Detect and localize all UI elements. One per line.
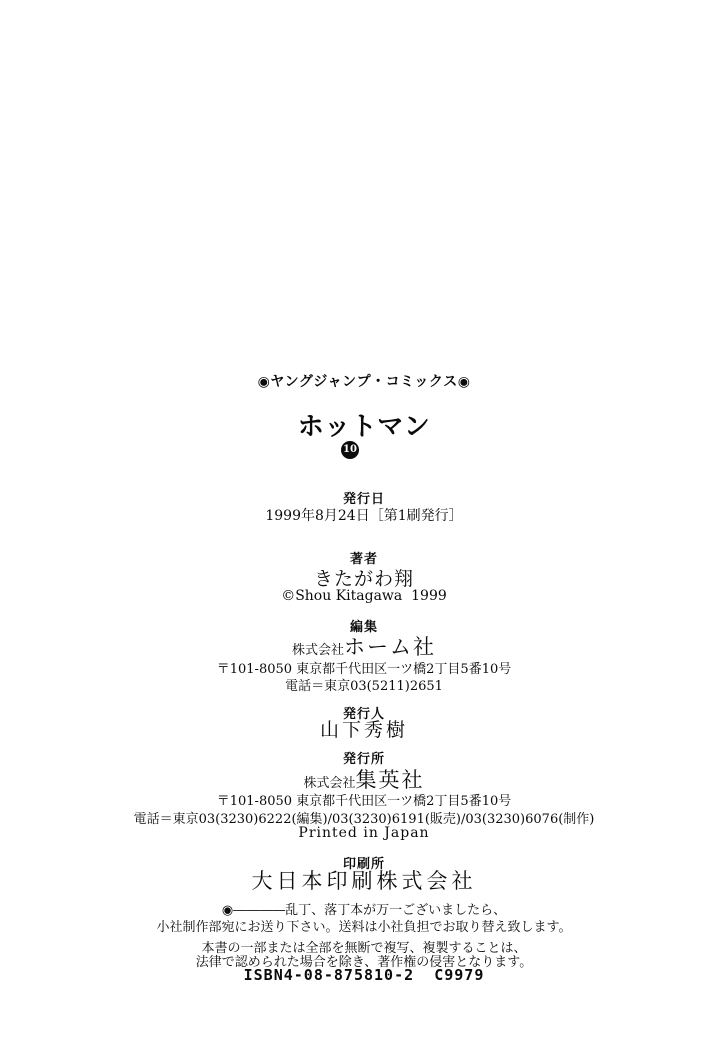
printed-in-japan: Printed in Japan (0, 825, 728, 841)
volume-badge: 10 (341, 441, 359, 459)
issuer-name: 山下秀樹 (0, 715, 728, 742)
editor-company-prefix: 株式会社 (292, 639, 344, 658)
editor-phone: 電話＝東京03(5211)2651 (0, 675, 728, 694)
book-title: ホットマン (0, 406, 728, 443)
issue-date-value: 1999年8月24日［第1刷発行］ (0, 505, 728, 525)
defect-notice-line-2: 小社制作部宛にお送り下さい。送料は小社負担でお取り替え致します。 (0, 916, 728, 935)
editor-company: 株式会社 ホーム社 (0, 631, 728, 661)
editor-company-name: ホーム社 (344, 631, 436, 661)
author-name: きたがわ翔 (0, 564, 728, 591)
isbn-code: ISBN4-08-875810-2 C9979 (0, 966, 728, 984)
publisher-address: 〒101-8050 東京都千代田区一ツ橋2丁目5番10号 (0, 790, 728, 809)
series-label: ◉ヤングジャンプ・コミックス◉ (0, 371, 728, 391)
colophon-page: ◉ヤングジャンプ・コミックス◉ ホットマン 10 発行日 1999年8月24日［… (0, 0, 728, 1039)
printer-name: 大日本印刷株式会社 (0, 865, 728, 895)
publisher-company-prefix: 株式会社 (303, 772, 355, 791)
copyright-line: ©Shou Kitagawa 1999 (0, 588, 728, 604)
